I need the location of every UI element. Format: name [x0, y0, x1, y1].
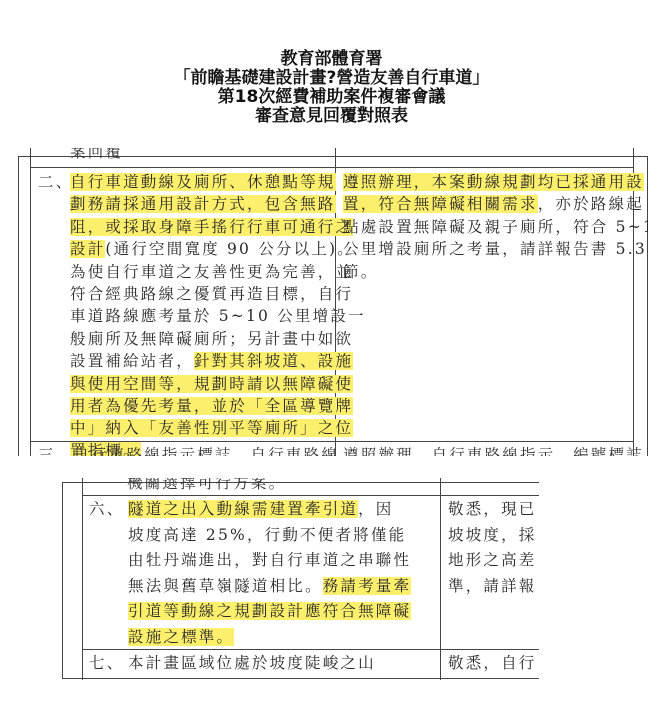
- text-span: 公里增設廁所之考量，請詳報告書 5.3: [343, 240, 647, 258]
- border-left-outer: [18, 156, 19, 456]
- highlighted-text: 設計: [70, 240, 105, 258]
- cut-off-comment: 三、自行車路線指示標誌、自行車路線: [38, 444, 339, 456]
- text-line: 遵照辦理，本案動線規劃均已採通用設: [343, 171, 644, 193]
- table-excerpt-2: 機關選擇可行方案。 六、 隧道之出入動線需建置牽引道，因坡度高達 25%，行動不…: [62, 478, 539, 680]
- text-span: (通行空間寬度 90 公分以上)。: [105, 240, 355, 258]
- highlighted-text: 置，符合無障礙相關需求: [343, 195, 538, 213]
- text-line: 置，符合無障礙相關需求，亦於路線起: [343, 193, 644, 215]
- text-line: 符合經典路線之優質再造目標，自行: [70, 283, 353, 305]
- text-span: 坡度高達 25%，行動不便者將僅能: [128, 526, 406, 544]
- border-right-outer: [647, 156, 648, 456]
- text-span: 點處設置無障礙及親子廁所，符合 5~10: [343, 218, 648, 236]
- text-span: 地形之高差: [448, 551, 537, 569]
- highlighted-text: 隧道之出入動線需建置牽引道: [128, 500, 358, 518]
- text-line: 引道等動線之規劃設計應符合無障礙: [128, 600, 411, 622]
- highlighted-text: 遵照辦理，本案動線規劃均已採通用設: [343, 173, 644, 191]
- highlighted-text: 引道等動線之規劃設計應符合無障礙: [128, 602, 411, 620]
- title-line-meeting: 第18次經費補助案件複審會議: [0, 88, 663, 107]
- border-left-outer: [62, 482, 63, 679]
- highlighted-text: 自行車道動線及廁所、休憩點等規: [70, 173, 336, 191]
- text-line: 般廁所及無障礙廁所；另計畫中如欲: [70, 328, 353, 350]
- row-divider: [82, 649, 539, 650]
- comment-text: 本計畫區域位處於坡度陡峻之山: [128, 652, 376, 674]
- document-title: 教育部體育署 「前瞻基礎建設計畫?營造友善自行車道」 第18次經費補助案件複審會…: [0, 50, 663, 126]
- text-span: ，因: [358, 500, 393, 518]
- text-line: 準，請詳報: [448, 575, 537, 597]
- text-line: 設計(通行空間寬度 90 公分以上)。: [70, 238, 355, 260]
- text-line: 敬悉，現已: [448, 498, 537, 520]
- cut-off-text: 機關選擇可行方案。: [127, 478, 286, 494]
- text-span: 坡坡度，採: [448, 526, 537, 544]
- highlighted-text: 設施之標準。: [128, 628, 234, 646]
- text-span: 車道路線應考量於 5~10 公里增設一: [70, 307, 366, 325]
- text-line: 無法與舊草嶺隧道相比。務請考量牽: [128, 575, 411, 597]
- text-span: ，亦於路線起: [538, 195, 644, 213]
- row-divider: [82, 495, 539, 496]
- text-line: 隧道之出入動線需建置牽引道，因: [128, 498, 394, 520]
- text-line: 劃務請採通用設計方式，包含無路: [70, 193, 336, 215]
- highlighted-text: 務請考量牽: [323, 577, 412, 595]
- text-line: 自行車道動線及廁所、休憩點等規: [70, 171, 336, 193]
- highlighted-text: 針對其斜坡道、設施: [194, 352, 353, 370]
- text-line: 地形之高差: [448, 549, 537, 571]
- text-span: 符合經典路線之優質再造目標，自行: [70, 285, 353, 303]
- text-line: 阻，或採取身障手搖行行車可通行之: [70, 216, 353, 238]
- text-span: 由牡丹端進出，對自行車道之串聯性: [128, 551, 411, 569]
- title-line-project: 「前瞻基礎建設計畫?營造友善自行車道」: [0, 69, 663, 88]
- cut-off-text: 案回覆: [70, 148, 123, 163]
- text-line: 節。: [343, 261, 378, 283]
- text-line: 與使用空間等，規劃時請以無障礙使: [70, 373, 353, 395]
- text-span: 敬悉，現已: [448, 500, 537, 518]
- table-excerpt-1: 案回覆 二、 自行車道動線及廁所、休憩點等規劃務請採通用設計方式，包含無路阻，或…: [18, 148, 648, 456]
- text-span: 設置補給站者，: [70, 352, 194, 370]
- text-line: 中」納入「友善性別平等廁所」之位: [70, 417, 353, 439]
- text-span: 般廁所及無障礙廁所；另計畫中如欲: [70, 330, 353, 348]
- highlighted-text: 阻，或採取身障手搖行行車可通行之: [70, 218, 353, 236]
- text-line: 為使自行車道之友善性更為完善，並: [70, 261, 353, 283]
- text-span: 節。: [343, 263, 378, 281]
- title-line-agency: 教育部體育署: [0, 50, 663, 69]
- highlighted-text: 用者為優先考量，並於「全區導覽牌: [70, 397, 353, 415]
- highlighted-text: 中」納入「友善性別平等廁所」之位: [70, 419, 353, 437]
- border-bottom: [62, 678, 539, 679]
- cut-off-reply: 遵照辦理，自行車路線指示、編號標誌: [343, 444, 644, 456]
- text-line: 車道路線應考量於 5~10 公里增設一: [70, 305, 366, 327]
- title-line-table-name: 審查意見回覆對照表: [0, 107, 663, 126]
- text-line: 由牡丹端進出，對自行車道之串聯性: [128, 549, 411, 571]
- text-line: 坡度高達 25%，行動不便者將僅能: [128, 524, 406, 546]
- row-number: 六、: [89, 498, 124, 520]
- highlighted-text: 與使用空間等，規劃時請以無障礙使: [70, 375, 353, 393]
- text-line: 坡坡度，採: [448, 524, 537, 546]
- row-number: 七、: [89, 652, 124, 674]
- text-line: 點處設置無障礙及親子廁所，符合 5~10: [343, 216, 648, 238]
- text-line: 公里增設廁所之考量，請詳報告書 5.3: [343, 238, 647, 260]
- text-span: 無法與舊草嶺隧道相比。: [128, 577, 323, 595]
- text-line: 用者為優先考量，並於「全區導覽牌: [70, 395, 353, 417]
- row-divider: [30, 167, 634, 168]
- text-line: 設置補給站者，針對其斜坡道、設施: [70, 350, 353, 372]
- text-line: 設施之標準。: [128, 626, 234, 648]
- text-span: 為使自行車道之友善性更為完善，並: [70, 263, 353, 281]
- text-span: 準，請詳報: [448, 577, 537, 595]
- reply-text: 敬悉，自行: [448, 652, 537, 674]
- border-left-inner: [30, 148, 31, 456]
- row-number: 二、: [38, 171, 73, 193]
- highlighted-text: 劃務請採通用設計方式，包含無路: [70, 195, 336, 213]
